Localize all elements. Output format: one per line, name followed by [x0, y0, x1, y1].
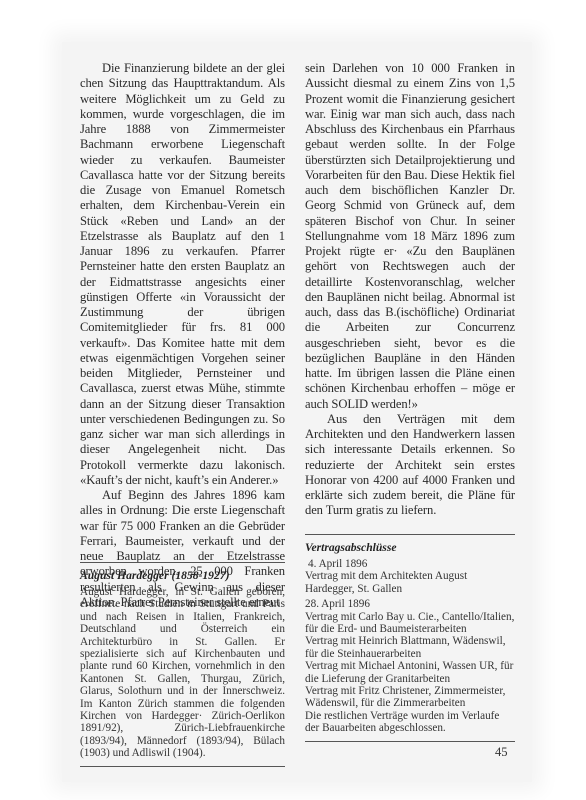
contract-item: Vertrag mit dem Architekten August Harde…: [305, 570, 515, 595]
contract-item: Die restlichen Verträge wurden im Verlau…: [305, 710, 515, 735]
sidebar-box-hardegger: August Hardegger (1858-1927) August Hard…: [80, 562, 285, 767]
contract-item: Vertrag mit Carlo Bay u. Cie., Cantello/…: [305, 611, 515, 636]
divider: [80, 766, 285, 767]
sidebar-title: Vertragsabschlüsse: [305, 541, 515, 554]
sidebar-box-contracts: Vertragsabschlüsse 4. April 1896 Vertrag…: [305, 534, 515, 742]
left-column: Die Finanzierung bildete an der glei che…: [80, 61, 285, 610]
contract-item: Vertrag mit Michael Antonini, Wassen UR,…: [305, 660, 515, 685]
contract-item: Vertrag mit Fritz Christener, Zimmermeis…: [305, 685, 515, 710]
contract-date: 4. April 1896: [305, 558, 515, 570]
divider: [80, 562, 285, 563]
contract-date: 28. April 1896: [305, 598, 515, 610]
contract-item: Vertrag mit Heinrich Blattmann, Wädenswi…: [305, 635, 515, 660]
paragraph: sein Darlehen von 10 000 Franken in Auss…: [305, 61, 515, 412]
paragraph: Aus den Verträgen mit dem Architekten un…: [305, 412, 515, 519]
paragraph: Die Finanzierung bildete an der glei che…: [80, 61, 285, 488]
divider: [305, 741, 515, 742]
divider: [305, 534, 515, 535]
right-column: sein Darlehen von 10 000 Franken in Auss…: [305, 61, 515, 519]
sidebar-text: August Hardegger, in St. Gallen geboren,…: [80, 586, 285, 760]
sidebar-title: August Hardegger (1858-1927): [80, 569, 285, 582]
page-number: 45: [495, 745, 508, 760]
